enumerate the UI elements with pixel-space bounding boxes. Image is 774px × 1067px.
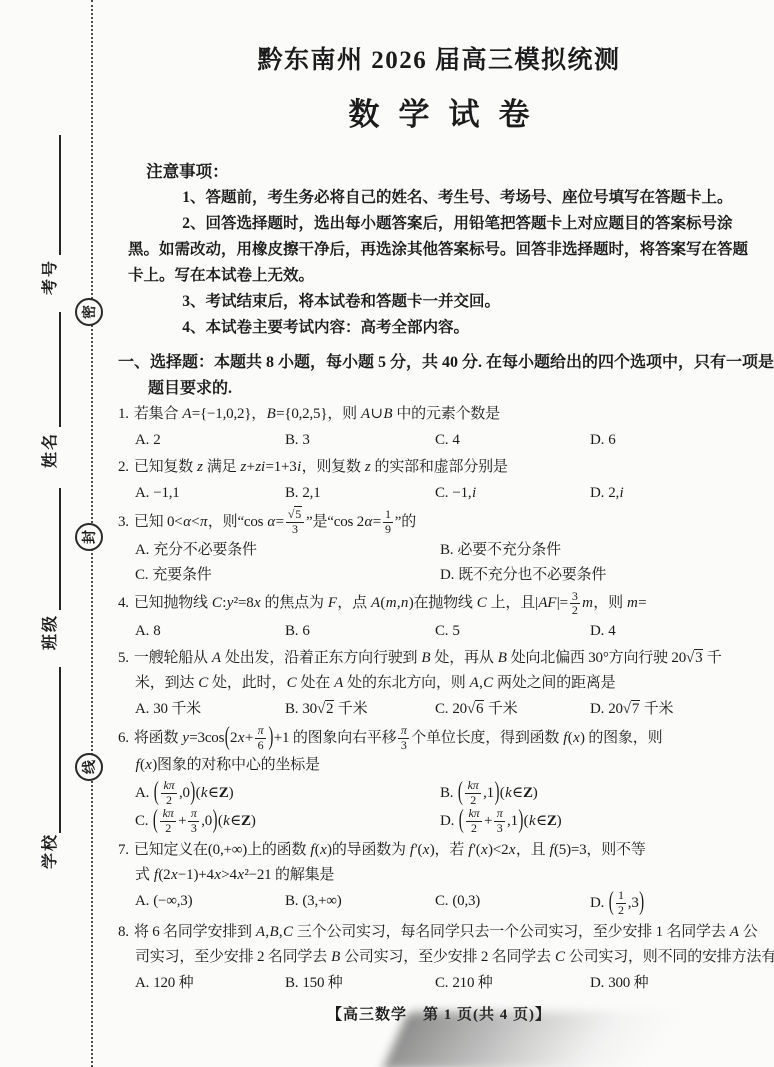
option-c: C.充要条件 (135, 563, 440, 588)
stem-line: 米，到达 C 处，此时，C 处在 A 处的东北方向，则 A,C 两处之间的距离是 (118, 671, 760, 696)
option-label: D. (590, 432, 608, 448)
question-number: 8. (118, 924, 134, 940)
option-b: B.30√2 千米 (285, 697, 435, 722)
fraction: 12 (616, 889, 626, 918)
options-row: A.120 种B.150 种C.210 种D.300 种 (118, 971, 760, 996)
stem-line: 司实习，至少安排 2 名同学去 B 公司实习，至少安排 2 名同学去 C 公司实… (118, 945, 760, 970)
question-6: 6.将函数 y=3cos(2x+π6)+1 的图象向右平移π3个单位长度，得到函… (118, 724, 760, 836)
radical: √2 (317, 700, 334, 717)
option-label: C. (435, 701, 452, 717)
option-text: 20√6 千米 (452, 700, 517, 717)
option-label: B. (285, 623, 302, 639)
option-text: 120 种 (153, 975, 193, 991)
option-d: D.既不充分也不必要条件 (440, 563, 760, 588)
question-number: 2. (118, 459, 134, 475)
stem-line: 8.将 6 名同学安排到 A,B,C 三个公司实习，每名同学只去一个公司实习，至… (118, 920, 760, 945)
question-2: 2.已知复数 z 满足 z+zi=1+3i，则复数 z 的实部和虚部分别是A.−… (118, 455, 760, 506)
option-label: B. (440, 785, 457, 801)
field-blank-line-xingming (59, 312, 61, 427)
option-b: B.3 (285, 428, 435, 453)
option-text: (−∞,3) (153, 893, 192, 909)
notice-items: 1、答题前，考生务必将自己的姓名、考生号、考场号、座位号填写在答题卡上。2、回答… (128, 185, 756, 341)
field-blank-line-xuexiao (59, 667, 61, 833)
exam-title: 黔东南州 2026 届高三模拟统测 (118, 40, 760, 76)
option-label: C. (435, 485, 452, 501)
option-label: C. (435, 893, 452, 909)
stem-text: 一艘轮船从 A 处出发，沿着正东方向行驶到 B 处，再从 B 处向北偏西 30°… (134, 649, 722, 666)
option-text: 6 (608, 432, 615, 448)
option-text: (kπ2,0)(k∈Z) (153, 785, 233, 801)
option-label: A. (135, 975, 153, 991)
stem-text: 若集合 A={−1,0,2}，B={0,2,5}，则 A∪B 中的元素个数是 (134, 406, 500, 422)
section-heading-line-2: 题目要求的. (118, 376, 760, 402)
option-a: A.(kπ2,0)(k∈Z) (135, 779, 440, 808)
fraction: 32 (570, 590, 580, 619)
notice-item-2: 2、回答选择题时，选出每小题答案后，用铅笔把答题卡上对应题目的答案标号涂黑。如需… (128, 211, 756, 289)
radical: √6 (467, 700, 484, 717)
option-a: A.30 千米 (135, 697, 285, 722)
section-heading-line-1: 一、选择题：本题共 8 小题，每小题 5 分，共 40 分. 在每小题给出的四个… (118, 350, 760, 376)
option-text: 30 千米 (153, 701, 201, 717)
options-row: A.充分不必要条件B.必要不充分条件C.充要条件D.既不充分也不必要条件 (118, 538, 760, 588)
field-blank-line-kaohao (59, 135, 61, 255)
stem-line: 6.将函数 y=3cos(2x+π6)+1 的图象向右平移π3个单位长度，得到函… (118, 724, 760, 753)
option-text: 20√7 千米 (608, 700, 673, 717)
option-label: A. (135, 893, 153, 909)
notice-heading: 注意事项： (128, 159, 756, 185)
option-text: 6 (302, 623, 309, 639)
question-number: 5. (118, 650, 134, 666)
notice-item-3: 3、考试结束后，将本试卷和答题卡一并交回。 (128, 289, 756, 315)
option-text: (12,3) (608, 895, 644, 911)
stem-line: 2.已知复数 z 满足 z+zi=1+3i，则复数 z 的实部和虚部分别是 (118, 455, 760, 480)
option-label: D. (440, 813, 458, 829)
option-label: A. (135, 623, 153, 639)
stem-line: f(x)图象的对称中心的坐标是 (118, 753, 760, 778)
stem-line: 3.已知 0<α<π，则“cos α=√53”是“cos 2α=19”的 (118, 508, 760, 537)
option-b: B.6 (285, 619, 435, 644)
option-label: C. (435, 432, 452, 448)
option-b: B.(kπ2,1)(k∈Z) (440, 779, 760, 808)
option-text: 2 (153, 432, 160, 448)
question-number: 7. (118, 842, 134, 858)
fraction: √53 (286, 508, 304, 537)
stem-text: 已知抛物线 C:y²=8x 的焦点为 F，点 A(m,n)在抛物线 C 上，且|… (134, 595, 647, 611)
question-number: 6. (118, 730, 134, 746)
seal-circle-xian: 线 (75, 753, 103, 781)
stem-text: 已知 0<α<π，则“cos α=√53”是“cos 2α=19”的 (134, 514, 416, 530)
option-label: B. (285, 893, 302, 909)
options-row: A.2B.3C.4D.6 (118, 428, 760, 453)
option-label: D. (590, 895, 608, 911)
option-text: 4 (452, 432, 459, 448)
seal-circle-feng: 封 (75, 523, 103, 551)
option-text: 3 (302, 432, 309, 448)
fraction: kπ2 (161, 779, 177, 808)
option-text: (3,+∞) (302, 893, 341, 909)
sidebar-field-xuexiao: 学校 (37, 821, 57, 881)
option-a: A.(−∞,3) (135, 889, 285, 918)
option-text: (kπ2+π3,1)(k∈Z) (458, 813, 561, 829)
option-c: C.−1,i (435, 481, 590, 506)
seal-circle-mi: 密 (75, 298, 103, 326)
option-text: 30√2 千米 (302, 700, 367, 717)
option-label: B. (285, 432, 302, 448)
option-label: D. (590, 623, 608, 639)
option-label: D. (590, 975, 608, 991)
option-b: B.2,1 (285, 481, 435, 506)
stem-text: 已知复数 z 满足 z+zi=1+3i，则复数 z 的实部和虚部分别是 (134, 459, 508, 475)
option-a: A.8 (135, 619, 285, 644)
option-label: D. (440, 567, 458, 583)
option-text: (kπ2,1)(k∈Z) (457, 785, 537, 801)
option-a: A.120 种 (135, 971, 285, 996)
option-c: C.(kπ2+π3,0)(k∈Z) (135, 807, 440, 836)
fraction: kπ2 (466, 807, 482, 836)
sidebar-field-kaohao: 考号 (37, 247, 57, 307)
option-c: C.4 (435, 428, 590, 453)
options-row: A.(−∞,3)B.(3,+∞)C.(0,3)D.(12,3) (118, 889, 760, 918)
option-label: D. (590, 485, 608, 501)
sidebar-field-xingming: 姓名 (37, 420, 57, 480)
option-label: B. (285, 485, 302, 501)
option-text: 充分不必要条件 (153, 542, 257, 558)
option-text: 4 (608, 623, 615, 639)
question-8: 8.将 6 名同学安排到 A,B,C 三个公司实习，每名同学只去一个公司实习，至… (118, 920, 760, 996)
option-label: B. (285, 975, 302, 991)
option-d: D.(12,3) (590, 889, 760, 918)
paper-subtitle: 数学试卷 (118, 89, 760, 134)
stem-text: 米，到达 C 处，此时，C 处在 A 处的东北方向，则 A,C 两处之间的距离是 (135, 675, 615, 691)
field-blank-line-banji (59, 488, 61, 610)
option-b: B.必要不充分条件 (440, 538, 760, 563)
option-d: D.2,i (590, 481, 760, 506)
fraction: kπ2 (160, 807, 176, 836)
option-label: C. (135, 567, 152, 583)
option-d: D.4 (590, 619, 760, 644)
question-number: 3. (118, 514, 134, 530)
notice-item-1: 1、答题前，考生务必将自己的姓名、考生号、考场号、座位号填写在答题卡上。 (128, 185, 756, 211)
stem-line: 1.若集合 A={−1,0,2}，B={0,2,5}，则 A∪B 中的元素个数是 (118, 402, 760, 427)
stem-text: 式 f(2x−1)+4x>4x²−21 的解集是 (135, 867, 334, 883)
option-text: −1,1 (153, 485, 179, 501)
stem-text: 将 6 名同学安排到 A,B,C 三个公司实习，每名同学只去一个公司实习，至少安… (134, 924, 758, 940)
option-a: A.2 (135, 428, 285, 453)
question-3: 3.已知 0<α<π，则“cos α=√53”是“cos 2α=19”的A.充分… (118, 508, 760, 588)
option-text: (kπ2+π3,0)(k∈Z) (152, 813, 255, 829)
fraction: 19 (383, 508, 393, 537)
option-label: C. (435, 623, 452, 639)
notice-item-4: 4、本试卷主要考试内容：高考全部内容。 (128, 315, 756, 341)
option-d: D.6 (590, 428, 760, 453)
option-text: 5 (452, 623, 459, 639)
question-4: 4.已知抛物线 C:y²=8x 的焦点为 F，点 A(m,n)在抛物线 C 上，… (118, 590, 760, 645)
option-label: D. (590, 701, 608, 717)
page-footer: 【高三数学 第 1 页(共 4 页)】 (118, 1003, 760, 1024)
stem-line: 式 f(2x−1)+4x>4x²−21 的解集是 (118, 863, 760, 888)
option-label: A. (135, 701, 153, 717)
option-label: A. (135, 432, 153, 448)
stem-line: 4.已知抛物线 C:y²=8x 的焦点为 F，点 A(m,n)在抛物线 C 上，… (118, 590, 760, 619)
exam-paper: 黔东南州 2026 届高三模拟统测 数学试卷 注意事项： 1、答题前，考生务必将… (118, 0, 760, 1024)
options-row: A.30 千米B.30√2 千米C.20√6 千米D.20√7 千米 (118, 697, 760, 722)
question-1: 1.若集合 A={−1,0,2}，B={0,2,5}，则 A∪B 中的元素个数是… (118, 402, 760, 453)
radical: √5 (288, 506, 302, 521)
stem-text: 司实习，至少安排 2 名同学去 B 公司实习，至少安排 2 名同学去 C 公司实… (135, 949, 774, 965)
question-number: 4. (118, 595, 134, 611)
option-text: 150 种 (302, 975, 342, 991)
fraction: π6 (255, 724, 266, 753)
fraction: π3 (398, 724, 409, 753)
question-5: 5.一艘轮船从 A 处出发，沿着正东方向行驶到 B 处，再从 B 处向北偏西 3… (118, 646, 760, 722)
option-d: D.(kπ2+π3,1)(k∈Z) (440, 807, 760, 836)
option-label: B. (285, 701, 302, 717)
option-text: 300 种 (608, 975, 648, 991)
option-text: 8 (153, 623, 160, 639)
option-text: 必要不充分条件 (457, 542, 561, 558)
option-label: A. (135, 542, 153, 558)
option-c: C.5 (435, 619, 590, 644)
radical: √3 (686, 649, 703, 666)
option-c: C.(0,3) (435, 889, 590, 918)
fraction: kπ2 (465, 779, 481, 808)
options-row: A.(kπ2,0)(k∈Z)B.(kπ2,1)(k∈Z)C.(kπ2+π3,0)… (118, 779, 760, 836)
option-text: 2,i (608, 485, 624, 501)
stem-text: 将函数 y=3cos(2x+π6)+1 的图象向右平移π3个单位长度，得到函数 … (134, 730, 663, 746)
option-text: 充要条件 (152, 567, 211, 583)
question-list: 1.若集合 A={−1,0,2}，B={0,2,5}，则 A∪B 中的元素个数是… (118, 402, 760, 996)
options-row: A.−1,1B.2,1C.−1,iD.2,i (118, 481, 760, 506)
option-text: (0,3) (452, 893, 480, 909)
option-label: C. (435, 975, 452, 991)
option-c: C.210 种 (435, 971, 590, 996)
options-row: A.8B.6C.5D.4 (118, 619, 760, 644)
option-b: B.150 种 (285, 971, 435, 996)
option-a: A.充分不必要条件 (135, 538, 440, 563)
option-text: −1,i (452, 485, 476, 501)
sidebar-field-banji: 班级 (37, 602, 57, 662)
option-label: A. (135, 785, 153, 801)
option-label: A. (135, 485, 153, 501)
option-d: D.300 种 (590, 971, 760, 996)
option-a: A.−1,1 (135, 481, 285, 506)
section-heading: 一、选择题：本题共 8 小题，每小题 5 分，共 40 分. 在每小题给出的四个… (118, 350, 760, 402)
option-label: C. (135, 813, 152, 829)
stem-text: 已知定义在(0,+∞)上的函数 f(x)的导函数为 f′(x)，若 f′(x)<… (134, 842, 646, 858)
notice-section: 注意事项： 1、答题前，考生务必将自己的姓名、考生号、考场号、座位号填写在答题卡… (128, 159, 756, 341)
option-text: 210 种 (452, 975, 492, 991)
question-number: 1. (118, 406, 134, 422)
question-7: 7.已知定义在(0,+∞)上的函数 f(x)的导函数为 f′(x)，若 f′(x… (118, 838, 760, 918)
option-label: B. (440, 542, 457, 558)
option-c: C.20√6 千米 (435, 697, 590, 722)
radical: √7 (623, 700, 640, 717)
stem-line: 5.一艘轮船从 A 处出发，沿着正东方向行驶到 B 处，再从 B 处向北偏西 3… (118, 646, 760, 671)
option-b: B.(3,+∞) (285, 889, 435, 918)
option-d: D.20√7 千米 (590, 697, 760, 722)
option-text: 2,1 (302, 485, 320, 501)
option-text: 既不充分也不必要条件 (458, 567, 606, 583)
